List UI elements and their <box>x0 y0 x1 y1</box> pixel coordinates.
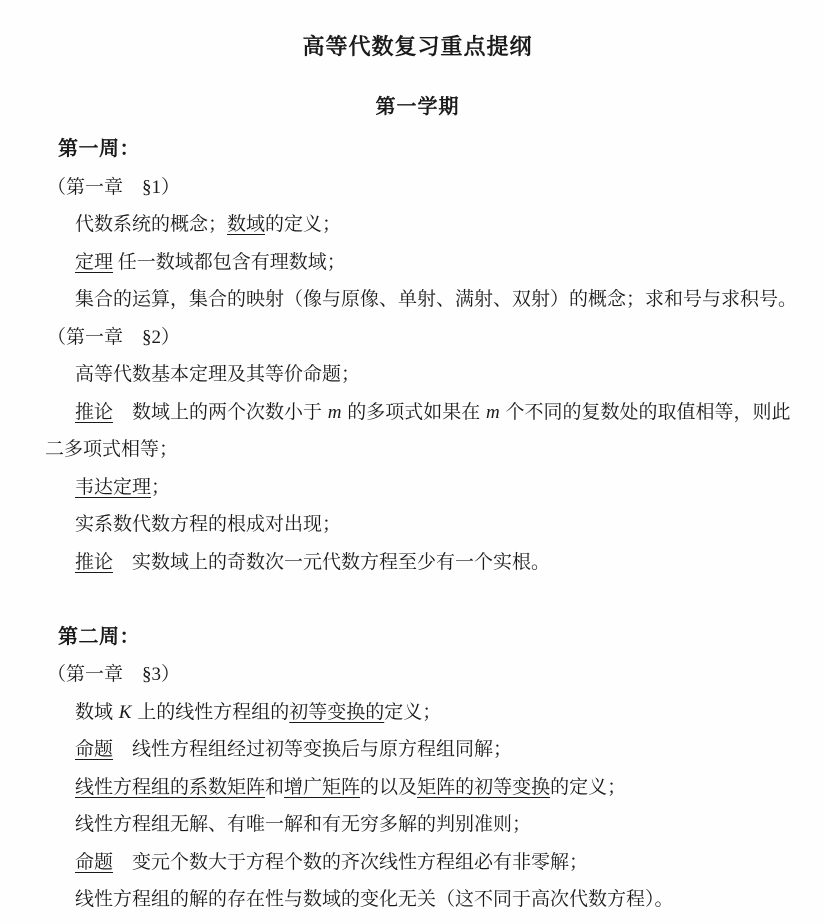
text-segment: 线性方程组的解的存在性与数域的变化无关（这不同于高次代数方程）。 <box>75 889 674 910</box>
underlined-term: 线性方程组的系数矩阵 <box>75 777 265 798</box>
week-1-heading: 第一周： <box>45 131 790 169</box>
text-segment: 的定义； <box>265 214 341 235</box>
week-2-heading: 第二周： <box>45 619 790 657</box>
semester-heading: 第一学期 <box>45 91 790 123</box>
text-segment: 上的线性方程组的 <box>132 702 289 723</box>
text-segment: 和 <box>265 777 284 798</box>
text-segment: 变元个数大于方程个数的齐次线性方程组必有非零解； <box>113 852 588 873</box>
underlined-term: 增广矩阵 <box>284 777 360 798</box>
outline-item: 命题 变元个数大于方程个数的齐次线性方程组必有非零解； <box>45 844 790 882</box>
math-variable: m <box>327 402 343 423</box>
outline-item: 推论 数域上的两个次数小于 m 的多项式如果在 m 个不同的复数处的取值相等，则… <box>45 394 790 432</box>
math-variable: K <box>118 702 133 723</box>
outline-item: 线性方程组的系数矩阵和增广矩阵的以及矩阵的初等变换的定义； <box>45 769 790 807</box>
text-segment: 数域上的两个次数小于 <box>113 402 327 423</box>
text-segment: 第一周： <box>58 138 140 160</box>
text-segment: 任一数域都包含有理数域； <box>113 252 346 273</box>
outline-item: 命题 线性方程组经过初等变换后与原方程组同解； <box>45 731 790 769</box>
scanned-document-page: 高等代数复习重点提纲 第一学期 第一周：（第一章 §1）代数系统的概念；数域的定… <box>0 0 824 924</box>
text-segment: 第二周： <box>58 626 140 648</box>
outline-item: 实系数代数方程的根成对出现； <box>45 506 790 544</box>
outline-item: 韦达定理； <box>45 469 790 507</box>
text-segment: （第一章 §1） <box>47 177 180 198</box>
outline-item: 定理 任一数域都包含有理数域； <box>45 244 790 282</box>
underlined-term: 定理 <box>75 252 113 273</box>
text-segment: 定义； <box>384 702 441 723</box>
underlined-term: 推论 <box>75 402 113 423</box>
document-title: 高等代数复习重点提纲 <box>45 30 790 64</box>
underlined-term: 命题 <box>75 852 113 873</box>
text-segment: ； <box>151 477 170 498</box>
text-segment: 线性方程组无解、有唯一解和有无穷多解的判别准则； <box>75 814 531 835</box>
text-segment: 集合的运算，集合的映射（像与原像、单射、满射、双射）的概念；求和号与求积号。 <box>75 289 797 310</box>
outline-item: 线性方程组的解的存在性与数域的变化无关（这不同于高次代数方程）。 <box>45 881 790 919</box>
outline-item: 数域 K 上的线性方程组的初等变换的定义； <box>45 694 790 732</box>
text-segment: （第一章 §3） <box>47 664 180 685</box>
text-segment: 个不同的复数处的取值相等，则此 <box>501 402 791 423</box>
math-variable: m <box>485 402 501 423</box>
outline-item-continuation: 二多项式相等； <box>45 431 790 469</box>
text-segment: （第一章 §2） <box>47 327 180 348</box>
underlined-term: 矩阵的初等变换 <box>417 777 550 798</box>
outline-item: 代数系统的概念；数域的定义； <box>45 206 790 244</box>
text-segment: 的以及 <box>360 777 417 798</box>
underlined-term: 韦达定理 <box>75 477 151 498</box>
outline-item: 线性方程组无解、有唯一解和有无穷多解的判别准则； <box>45 806 790 844</box>
text-segment: 的定义； <box>550 777 626 798</box>
underlined-term: 推论 <box>75 552 113 573</box>
text-segment: 二多项式相等； <box>45 439 178 460</box>
underlined-term: 命题 <box>75 739 113 760</box>
underlined-term: 初等变换的 <box>289 702 384 723</box>
text-segment: 实系数代数方程的根成对出现； <box>75 514 341 535</box>
text-segment: 代数系统的概念； <box>75 214 227 235</box>
outline-item: 高等代数基本定理及其等价命题； <box>45 356 790 394</box>
chapter-ref: （第一章 §3） <box>45 656 790 694</box>
text-segment: 高等代数基本定理及其等价命题； <box>75 364 360 385</box>
text-segment: 数域 <box>75 702 118 723</box>
outline-item: 集合的运算，集合的映射（像与原像、单射、满射、双射）的概念；求和号与求积号。 <box>45 281 790 319</box>
outline-item: 推论 实数域上的奇数次一元代数方程至少有一个实根。 <box>45 544 790 582</box>
chapter-ref: （第一章 §2） <box>45 319 790 357</box>
text-segment: 的多项式如果在 <box>343 402 486 423</box>
chapter-ref: （第一章 §1） <box>45 169 790 207</box>
underlined-term: 数域 <box>227 214 265 235</box>
blank-line <box>45 581 790 619</box>
text-segment: 实数域上的奇数次一元代数方程至少有一个实根。 <box>113 552 550 573</box>
text-segment: 线性方程组经过初等变换后与原方程组同解； <box>113 739 512 760</box>
document-body: 第一周：（第一章 §1）代数系统的概念；数域的定义；定理 任一数域都包含有理数域… <box>45 131 790 919</box>
